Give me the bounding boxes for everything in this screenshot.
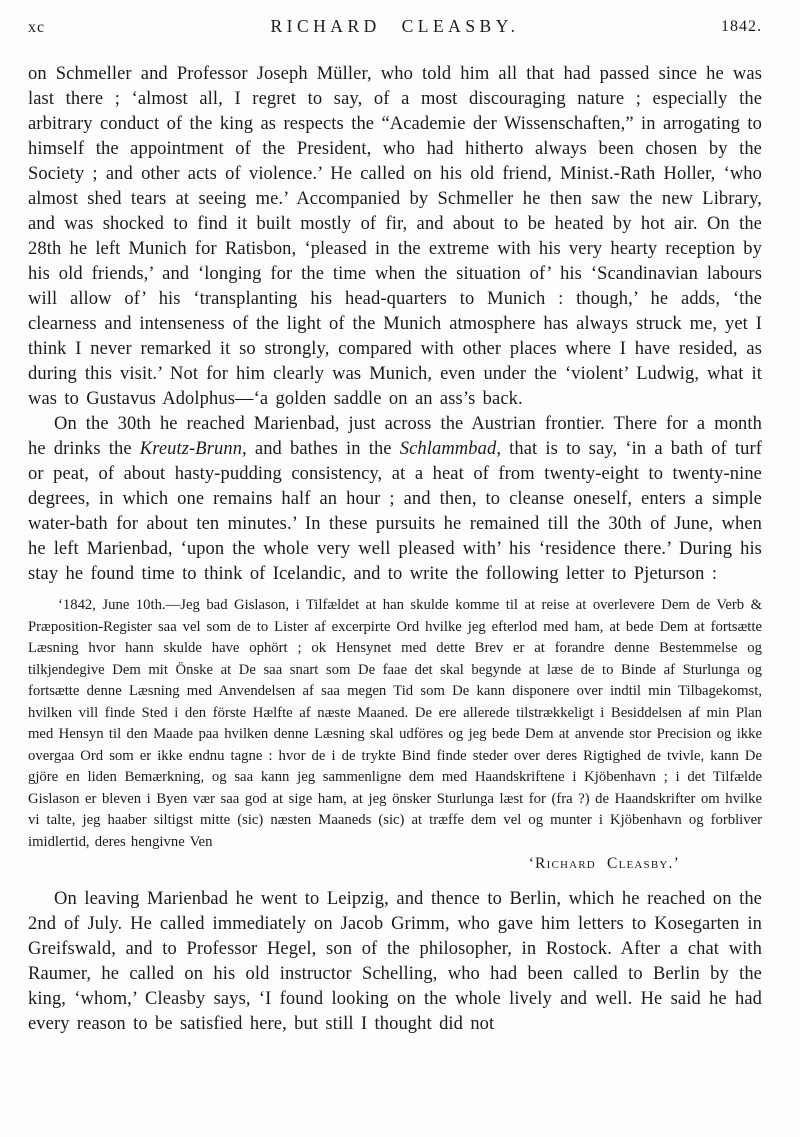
book-page: xc RICHARD CLEASBY. 1842. on Schmeller a… <box>0 0 800 1137</box>
text-run: , and bathes in the <box>242 439 400 459</box>
text-run: On leaving Marienbad he went to Leipzig,… <box>28 889 762 1034</box>
paragraph-letter: ‘1842, June 10th.—Jeg bad Gislason, i Ti… <box>28 595 762 853</box>
paragraph-berlin: On leaving Marienbad he went to Leipzig,… <box>28 887 762 1037</box>
page-header: xc RICHARD CLEASBY. 1842. <box>28 16 762 40</box>
text-run: on Schmeller and Professor Joseph Müller… <box>28 64 762 409</box>
text-run: ‘Richard Cleasby.’ <box>529 855 680 872</box>
paragraph-munich: on Schmeller and Professor Joseph Müller… <box>28 62 762 412</box>
letter-signature: ‘Richard Cleasby.’ <box>28 853 762 875</box>
italic-text-run: Schlammbad <box>400 439 497 459</box>
running-title: RICHARD CLEASBY. <box>28 16 762 37</box>
paragraph-marienbad: On the 30th he reached Marienbad, just a… <box>28 412 762 587</box>
page-year: 1842. <box>721 18 762 36</box>
page-body: on Schmeller and Professor Joseph Müller… <box>28 62 762 1037</box>
text-run: , that is to say, ‘in a bath of turf or … <box>28 439 762 584</box>
italic-text-run: Kreutz-Brunn <box>140 439 242 459</box>
text-run: ‘1842, June 10th.—Jeg bad Gislason, i Ti… <box>28 597 762 850</box>
